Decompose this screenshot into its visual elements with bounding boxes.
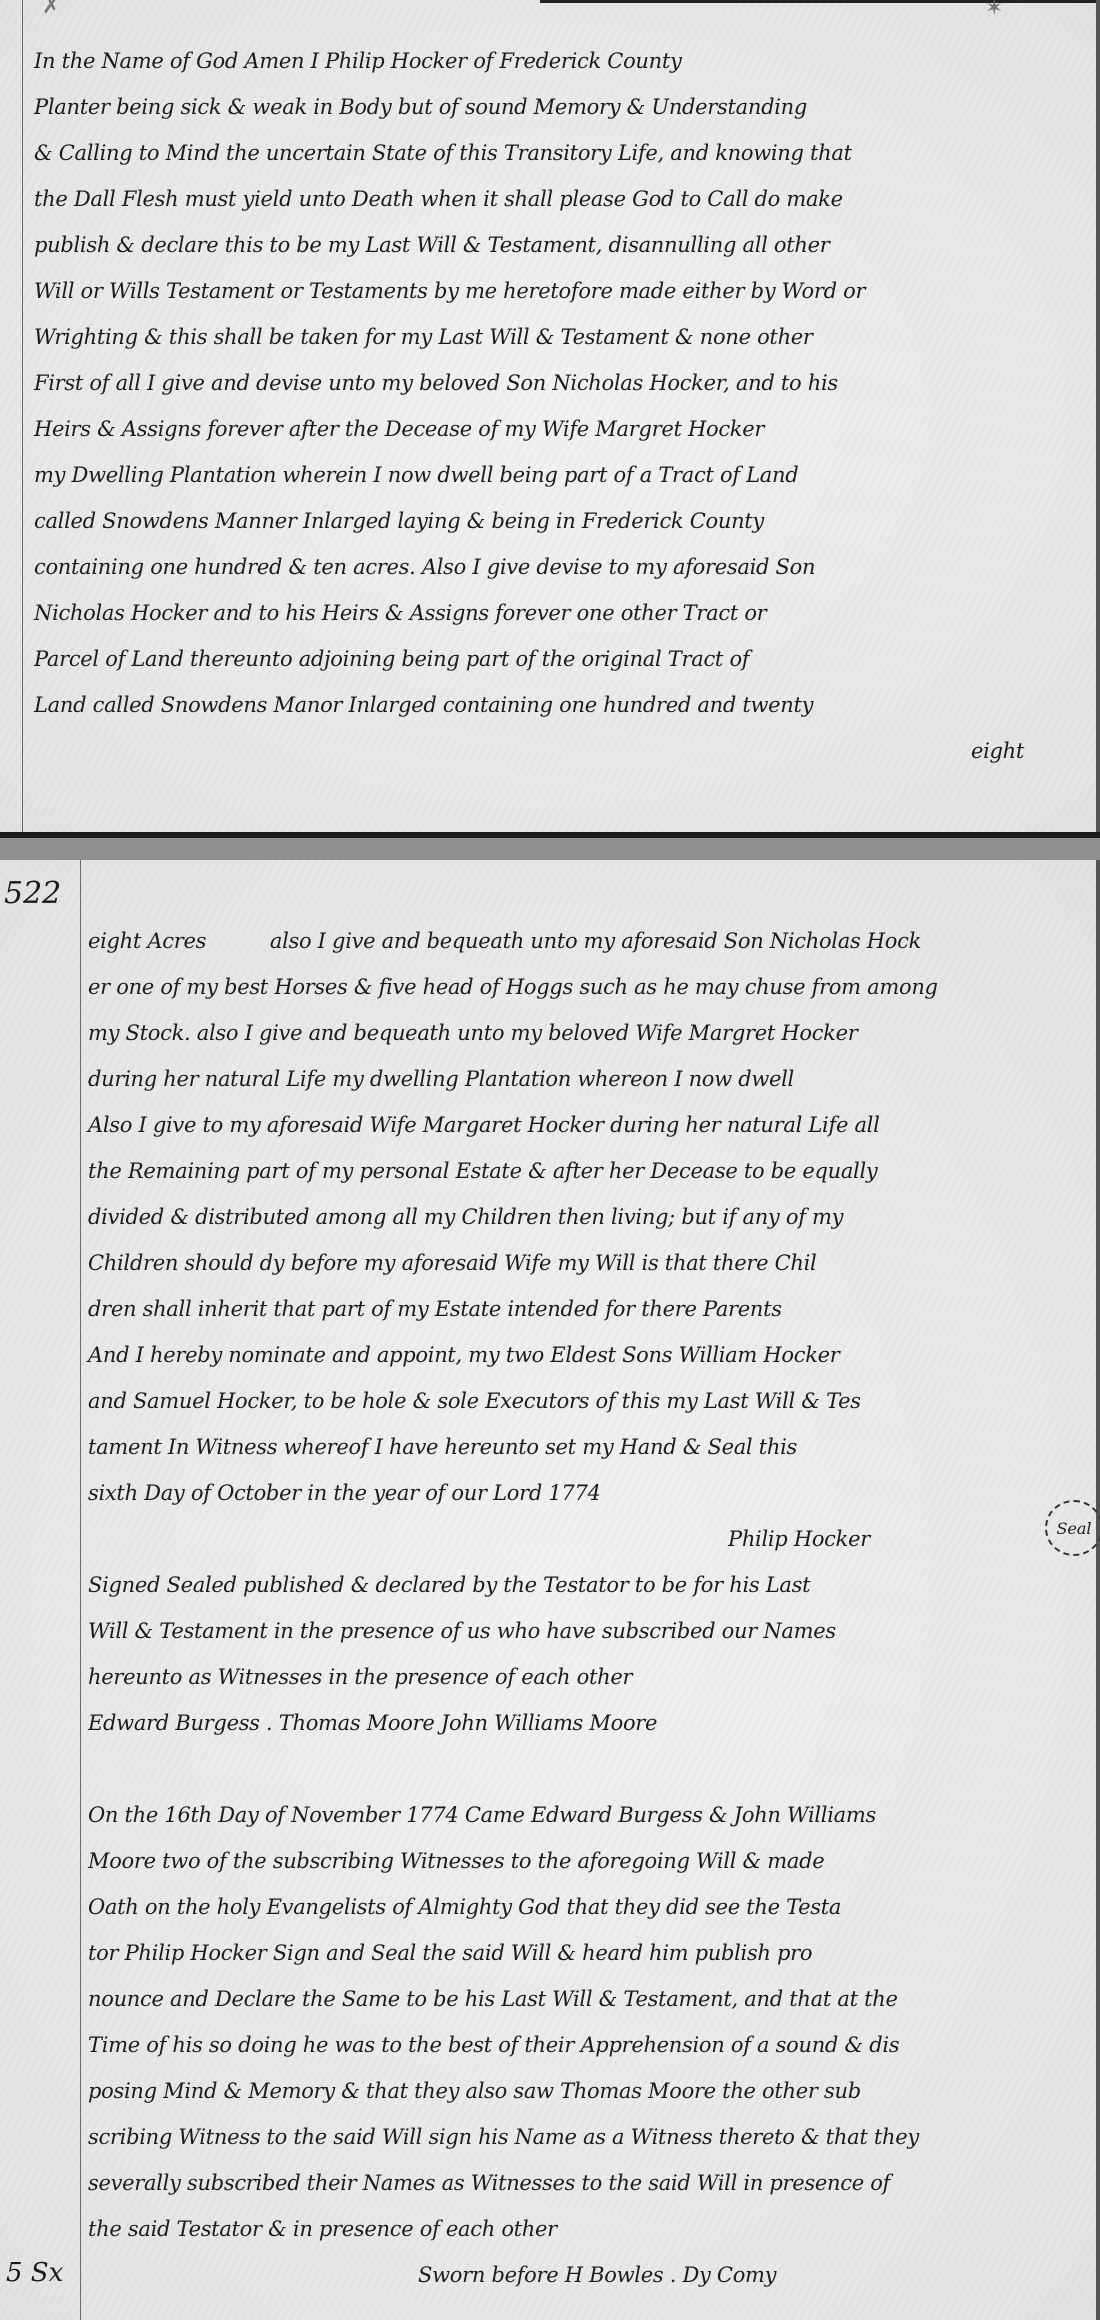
text-line: the Remaining part of my personal Estate…	[88, 1148, 1088, 1194]
oath-line: nounce and Declare the Same to be his La…	[88, 1976, 1088, 2022]
stray-pen-mark: ✶	[985, 0, 1003, 21]
will-body-page-1: In the Name of God Amen I Philip Hocker …	[34, 38, 1064, 774]
text-line: Land called Snowdens Manor Inlarged cont…	[34, 682, 1064, 728]
margin-note: 5 Sx	[6, 2258, 63, 2288]
text-line: In the Name of God Amen I Philip Hocker …	[34, 38, 1064, 84]
text-line: publish & declare this to be my Last Wil…	[34, 222, 1064, 268]
wax-seal-icon: Seal	[1045, 1500, 1100, 1556]
oath-line: severally subscribed their Names as Witn…	[88, 2160, 1088, 2206]
folio-number: 522	[4, 876, 61, 911]
ledger-page-2: 522 eight Acres also I give and bequeath…	[0, 860, 1100, 2320]
stray-pen-mark: ✗	[42, 0, 60, 19]
testator-signature: Philip Hocker	[88, 1516, 1088, 1562]
text-line: Also I give to my aforesaid Wife Margare…	[88, 1102, 1088, 1148]
text-line: Nicholas Hocker and to his Heirs & Assig…	[34, 590, 1064, 636]
oath-line: the said Testator & in presence of each …	[88, 2206, 1088, 2252]
text-line: my Dwelling Plantation wherein I now dwe…	[34, 452, 1064, 498]
seal-label: Seal	[1056, 1519, 1091, 1538]
text-line: called Snowdens Manner Inlarged laying &…	[34, 498, 1064, 544]
text-line: Planter being sick & weak in Body but of…	[34, 84, 1064, 130]
oath-line: Oath on the holy Evangelists of Almighty…	[88, 1884, 1088, 1930]
oath-line: scribing Witness to the said Will sign h…	[88, 2114, 1088, 2160]
ledger-page-1: ✗ ✶ In the Name of God Amen I Philip Hoc…	[0, 0, 1100, 838]
attestation-line: Will & Testament in the presence of us w…	[88, 1608, 1088, 1654]
catchword: eight	[34, 728, 1064, 774]
left-margin-rule	[80, 860, 81, 2320]
oath-line: On the 16th Day of November 1774 Came Ed…	[88, 1792, 1088, 1838]
spacer	[88, 1746, 1088, 1792]
text-line: First of all I give and devise unto my b…	[34, 360, 1064, 406]
page-top-rule	[540, 0, 1100, 3]
page-right-edge	[1096, 0, 1100, 832]
will-body-page-2: eight Acres also I give and bequeath unt…	[88, 918, 1088, 2298]
text-line: tament In Witness whereof I have hereunt…	[88, 1424, 1088, 1470]
text-line: eight Acres also I give and bequeath unt…	[88, 918, 1088, 964]
text-line: sixth Day of October in the year of our …	[88, 1470, 1088, 1516]
text-line: Parcel of Land thereunto adjoining being…	[34, 636, 1064, 682]
text-line: during her natural Life my dwelling Plan…	[88, 1056, 1088, 1102]
attestation-line: Signed Sealed published & declared by th…	[88, 1562, 1088, 1608]
text-line: And I hereby nominate and appoint, my tw…	[88, 1332, 1088, 1378]
text-line: er one of my best Horses & five head of …	[88, 964, 1088, 1010]
text-line: & Calling to Mind the uncertain State of…	[34, 130, 1064, 176]
text-line: Will or Wills Testament or Testaments by…	[34, 268, 1064, 314]
text-line: containing one hundred & ten acres. Also…	[34, 544, 1064, 590]
sworn-before-line: Sworn before H Bowles . Dy Comy	[88, 2252, 1088, 2298]
page-right-edge	[1096, 860, 1100, 2320]
attestation-line: hereunto as Witnesses in the presence of…	[88, 1654, 1088, 1700]
oath-line: Moore two of the subscribing Witnesses t…	[88, 1838, 1088, 1884]
oath-line: Time of his so doing he was to the best …	[88, 2022, 1088, 2068]
left-margin-rule	[22, 0, 23, 832]
oath-line: tor Philip Hocker Sign and Seal the said…	[88, 1930, 1088, 1976]
text-line: divided & distributed among all my Child…	[88, 1194, 1088, 1240]
text-line: Children should dy before my aforesaid W…	[88, 1240, 1088, 1286]
text-line: and Samuel Hocker, to be hole & sole Exe…	[88, 1378, 1088, 1424]
text-line: the Dall Flesh must yield unto Death whe…	[34, 176, 1064, 222]
witness-signatures: Edward Burgess . Thomas Moore John Willi…	[88, 1700, 1088, 1746]
text-line: dren shall inherit that part of my Estat…	[88, 1286, 1088, 1332]
text-line: my Stock. also I give and bequeath unto …	[88, 1010, 1088, 1056]
oath-line: posing Mind & Memory & that they also sa…	[88, 2068, 1088, 2114]
text-line: Wrighting & this shall be taken for my L…	[34, 314, 1064, 360]
text-line: Heirs & Assigns forever after the Deceas…	[34, 406, 1064, 452]
